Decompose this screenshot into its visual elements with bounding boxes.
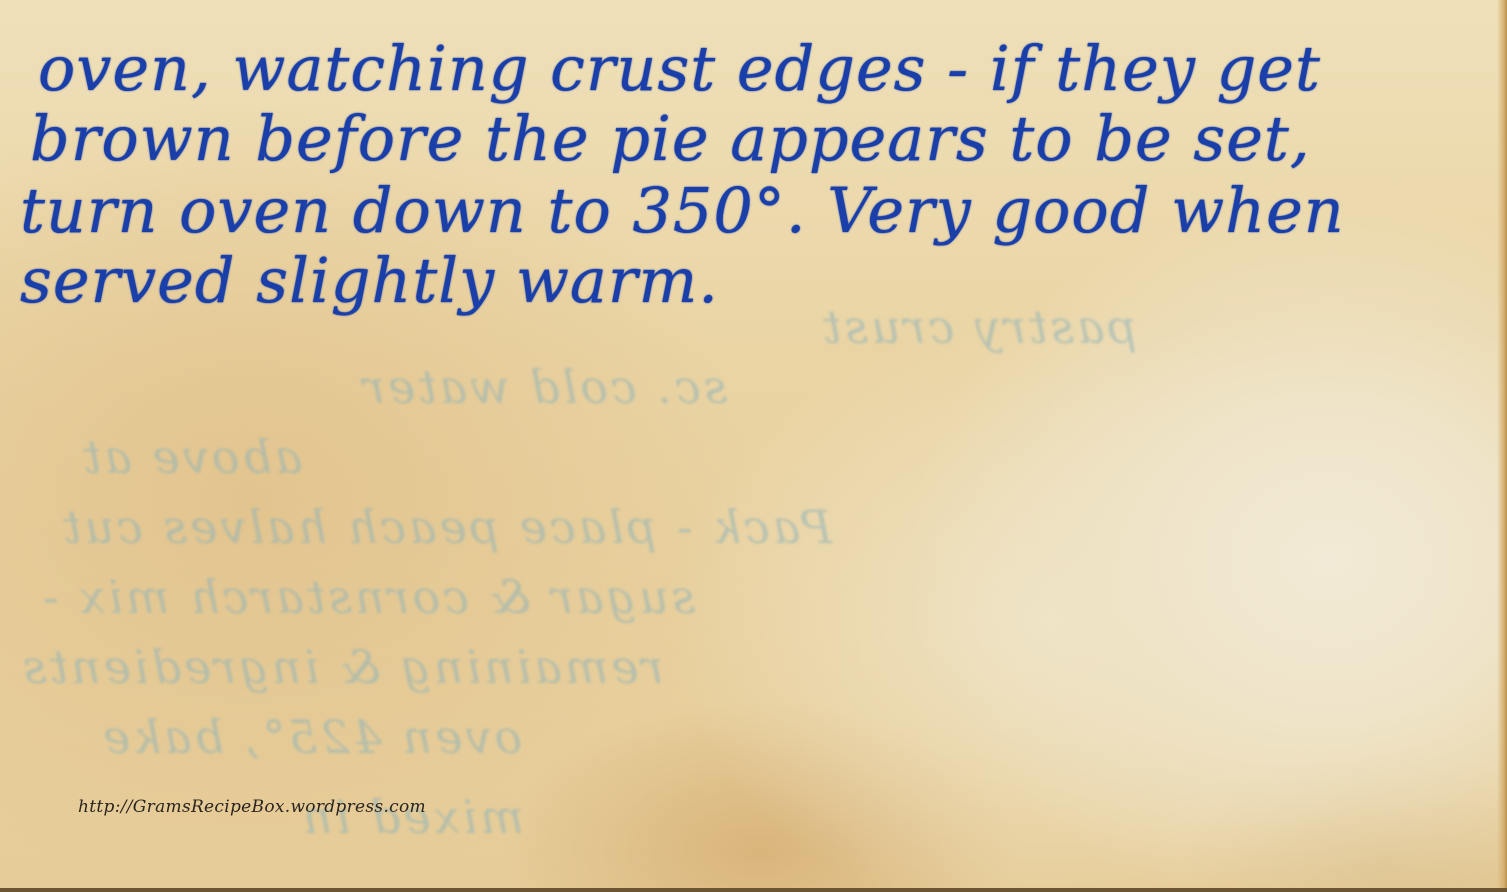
bleed-through-text: pastry crust (820, 300, 1137, 354)
bleed-through-text: above at (80, 430, 302, 484)
bleed-through-text: remaining & ingredients (20, 640, 664, 694)
card-edge-right (1497, 0, 1507, 892)
bleed-through-text: sugar & cornstarch mix - (40, 570, 695, 624)
bleed-through-text: Pack - place peach halves cut (60, 500, 832, 554)
bleed-through-text: sc. cold water (360, 360, 727, 414)
recipe-card-back: pastry crust sc. cold water above at Pac… (0, 0, 1507, 892)
handwritten-line-3: turn oven down to 350°. Very good when (20, 180, 1345, 242)
watermark-url: http://GramsRecipeBox.wordpress.com (78, 797, 426, 817)
handwritten-line-1: oven, watching crust edges - if they get (38, 38, 1321, 100)
handwritten-line-4: served slightly warm. (20, 250, 719, 312)
bleed-through-text: oven 425°, bake (100, 710, 522, 764)
card-edge-bottom (0, 888, 1507, 892)
handwritten-line-2: brown before the pie appears to be set, (30, 108, 1311, 170)
